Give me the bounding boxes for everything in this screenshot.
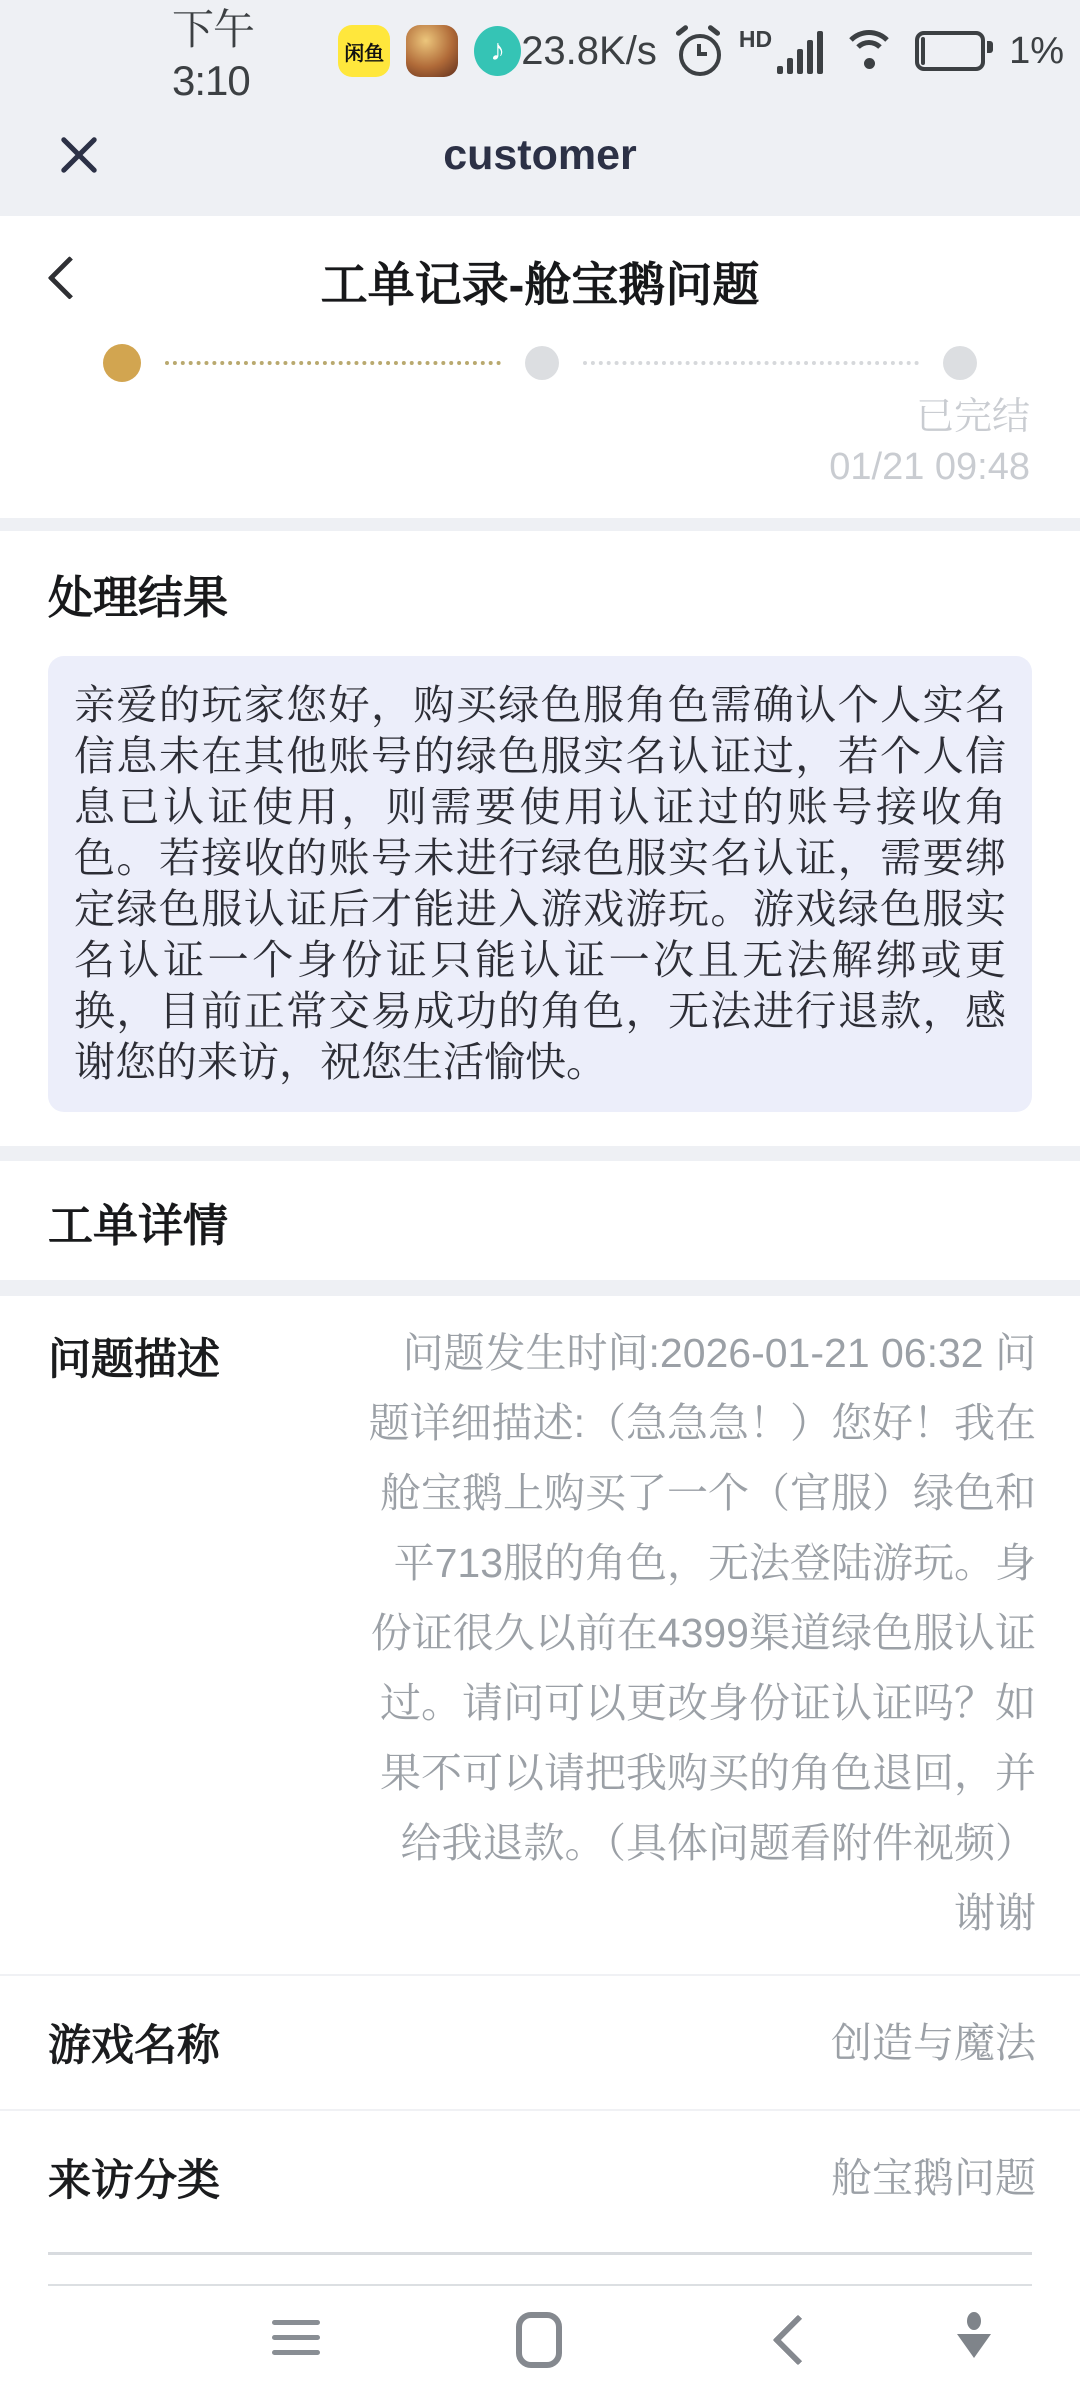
step-dot-active [103,344,141,382]
app-title: customer [443,131,637,180]
step-dot-idle [525,346,559,380]
result-card: 处理结果 亲爱的玩家您好，购买绿色服角色需确认个人实名信息未在其他账号的绿色服实… [0,531,1080,1146]
wifi-icon [841,30,897,72]
step-connector-idle [583,361,919,365]
row-label-game-name: 游戏名称 [48,2012,220,2073]
row-label-problem-description: 问题描述 [48,1326,220,1948]
row-value-problem-description: 问题发生时间:2026-01-21 06:32 问题详细描述:（急急急！）您好！… [364,1318,1036,1948]
row-value-visit-category: 舱宝鹅问题 [831,2154,1036,2202]
close-icon[interactable] [56,132,102,178]
status-left-group: 下午3:10 闲鱼 ♪ [172,0,521,105]
step-dot-idle [943,346,977,380]
page-title: 工单记录-舱宝鹅问题 [321,248,760,315]
row-value-game-name: 创造与魔法 [831,2019,1036,2067]
nav-divider [48,2284,1032,2286]
workorder-header-card: 工单记录-舱宝鹅问题 已完结 01/21 09:48 [0,216,1080,518]
step-connector-active [165,361,501,365]
detail-heading: 工单详情 [48,1189,1032,1254]
music-app-icon: ♪ [474,26,521,76]
status-timestamp: 01/21 09:48 [0,442,1030,492]
alarm-icon [675,28,721,74]
xianyu-app-icon: 闲鱼 [338,25,390,77]
stepper-status-block: 已完结 01/21 09:48 [0,392,1080,492]
table-row: 问题描述 问题发生时间:2026-01-21 06:32 问题详细描述:（急急急… [0,1296,1080,1974]
signal-icon: HD [739,28,823,74]
app-header: customer [0,102,1080,208]
detail-heading-card: 工单详情 [0,1161,1080,1280]
table-row: 游戏名称 创造与魔法 [0,1976,1080,2109]
detail-card: 问题描述 问题发生时间:2026-01-21 06:32 问题详细描述:（急急急… [0,1296,1080,2385]
battery-icon [915,31,985,71]
recents-menu-icon[interactable] [272,2320,320,2355]
clock: 下午3:10 [172,0,322,105]
home-icon[interactable] [516,2312,562,2368]
hd-volte-icon: HD [739,28,772,51]
system-nav-bar [0,2284,1080,2400]
status-badge: 已完结 [0,392,1030,442]
result-heading: 处理结果 [48,561,1032,626]
network-speed: 23.8K/s [521,29,657,74]
pulldown-icon[interactable] [952,2312,996,2358]
nav-back-icon[interactable] [773,2315,824,2366]
progress-stepper [0,344,1080,382]
status-bar: 下午3:10 闲鱼 ♪ 23.8K/s HD 1% [0,0,1080,102]
signal-bars-icon [777,28,823,74]
content-bottom-divider [48,2252,1032,2255]
row-label-visit-category: 来访分类 [48,2147,220,2208]
phone-screen: 下午3:10 闲鱼 ♪ 23.8K/s HD 1% [0,0,1080,2400]
back-icon[interactable] [48,256,92,300]
battery-percent: 1% [1009,30,1064,73]
title-row: 工单记录-舱宝鹅问题 [0,250,1080,312]
game-app-icon [406,25,458,77]
status-right-group: 23.8K/s HD 1% [521,28,1080,74]
result-box: 亲爱的玩家您好，购买绿色服角色需确认个人实名信息未在其他账号的绿色服实名认证过，… [48,656,1032,1112]
table-row: 来访分类 舱宝鹅问题 [0,2111,1080,2244]
result-text: 亲爱的玩家您好，购买绿色服角色需确认个人实名信息未在其他账号的绿色服实名认证过，… [74,680,1006,1088]
